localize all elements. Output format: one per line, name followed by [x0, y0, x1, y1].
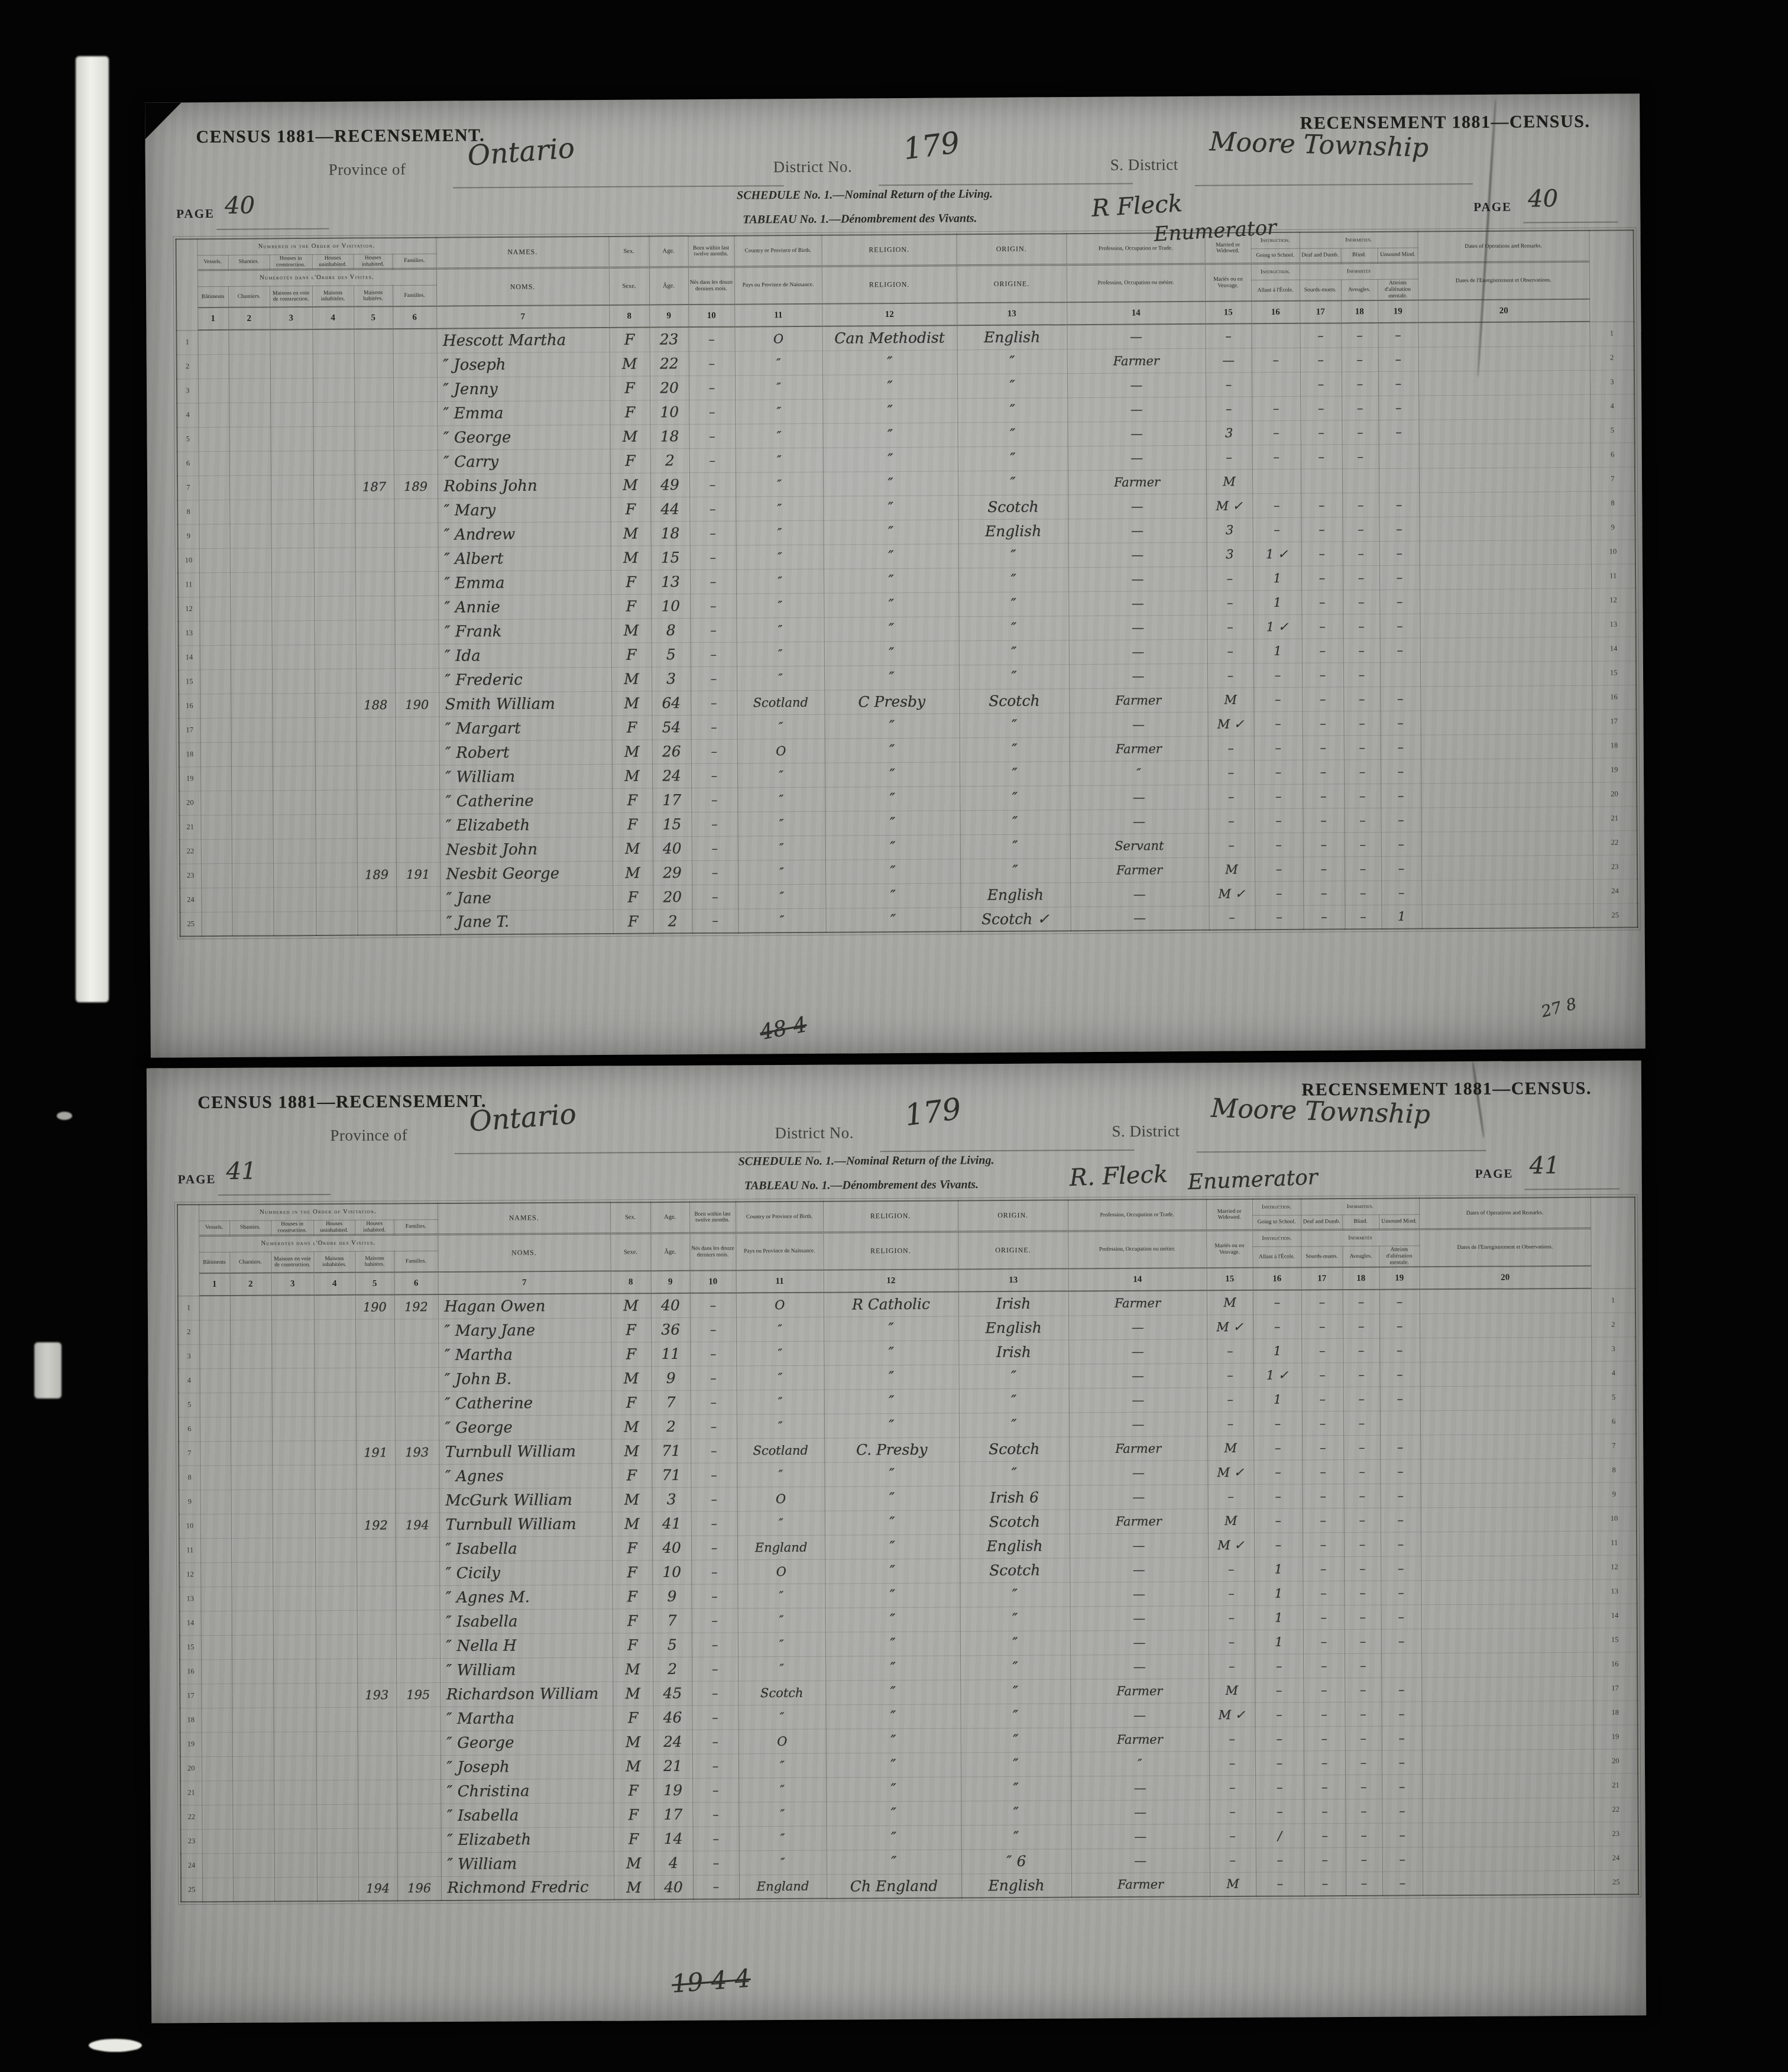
cell-name: Nesbit John — [440, 837, 613, 862]
cell-remarks — [1422, 1773, 1593, 1799]
cell-blind: – — [1344, 808, 1381, 832]
cell-visitation — [273, 1683, 316, 1707]
cell-born: – — [691, 1511, 737, 1536]
cell-sex: M — [613, 1657, 653, 1681]
line-number-left: 23 — [180, 863, 201, 888]
cell-unsound: – — [1382, 1774, 1422, 1798]
masthead-left: CENSUS 1881—RECENSEMENT. — [196, 125, 485, 147]
cell-remarks — [1421, 1676, 1593, 1702]
col-header-profession: Profession, Occupation ou métier. — [1068, 1231, 1206, 1269]
col-number: 10 — [688, 305, 734, 327]
cell-name: ″ Albert — [438, 546, 611, 571]
col-header-school: Going to School. — [1251, 248, 1300, 264]
col-number: 13 — [958, 1269, 1068, 1292]
cell-birthplace: ″ — [735, 375, 822, 400]
cell-religion: ″ — [825, 786, 960, 811]
cell-married: M ✓ — [1209, 1702, 1255, 1727]
cell-remarks — [1421, 1604, 1593, 1629]
cell-school: – — [1255, 1727, 1304, 1751]
col-header-visitation-4: Maisons inhabitées. — [313, 1252, 355, 1273]
cell-religion: ″ — [824, 1341, 958, 1365]
cell-visitation — [315, 1586, 357, 1610]
cell-profession: Farmer — [1069, 1436, 1207, 1461]
cell-remarks — [1421, 879, 1593, 905]
cell-sex: F — [613, 909, 653, 934]
cell-birthplace: ″ — [736, 617, 824, 642]
line-number-right: 2 — [1591, 1313, 1635, 1337]
cell-name: Hagan Owen — [438, 1294, 611, 1319]
cell-sex: F — [612, 1560, 652, 1584]
cell-visitation — [200, 1465, 231, 1490]
cell-unsound: – — [1379, 541, 1420, 565]
cell-profession: — — [1068, 445, 1206, 470]
cell-age: 36 — [651, 1317, 690, 1342]
cell-origin: ″ — [958, 446, 1068, 471]
line-number-left: 5 — [179, 1393, 200, 1417]
cell-remarks — [1418, 394, 1590, 420]
cell-religion: Ch England — [827, 1874, 961, 1899]
line-number-right: 5 — [1590, 418, 1634, 442]
line-number-left: 24 — [181, 1853, 202, 1877]
cell-visitation — [271, 572, 314, 596]
col-header-origin: ORIGINE. — [957, 265, 1067, 303]
line-number-right: 13 — [1591, 612, 1635, 636]
cell-visitation — [274, 1804, 316, 1828]
cell-origin: ″ — [961, 1776, 1071, 1801]
cell-profession: Farmer — [1069, 688, 1207, 713]
cell-name: ″ Emma — [438, 570, 611, 595]
cell-visitation — [232, 1611, 273, 1635]
cell-age: 40 — [653, 836, 692, 860]
cell-birthplace: ″ — [736, 593, 824, 618]
cell-sex: M — [612, 1511, 652, 1536]
cell-house-number — [355, 595, 394, 620]
cell-birthplace: ″ — [736, 569, 824, 594]
cell-visitation — [315, 1440, 356, 1465]
cell-remarks — [1421, 1555, 1592, 1581]
cell-deaf: – — [1303, 1605, 1345, 1629]
cell-birthplace: O — [737, 1559, 825, 1584]
district-label: District No. — [775, 1124, 854, 1142]
cell-unsound: – — [1379, 590, 1420, 614]
cell-name: ″ Andrew — [438, 522, 610, 547]
col-header-visitation-3: Maisons en voie de construction. — [270, 286, 312, 307]
group-header-infirmities: Infirmités — [1300, 263, 1418, 280]
col-header-birthplace: Pays ou Province de Naissance. — [736, 1232, 823, 1270]
col-header-blind: Aveugles. — [1342, 1246, 1379, 1267]
cell-house-number — [355, 523, 394, 547]
cell-age: 2 — [653, 1657, 692, 1681]
cell-school: 1 — [1254, 1581, 1303, 1605]
cell-religion: ″ — [825, 1704, 960, 1729]
cell-sex: F — [610, 400, 650, 425]
cell-blind: – — [1343, 1411, 1380, 1435]
cell-age: 49 — [650, 472, 689, 497]
cell-remarks — [1421, 782, 1592, 808]
line-number-left: 17 — [179, 718, 200, 742]
cell-deaf: – — [1300, 323, 1341, 348]
cell-visitation — [200, 1417, 231, 1441]
cell-visitation — [230, 572, 271, 597]
cell-blind: – — [1342, 420, 1378, 444]
col-header-blind: Blind. — [1342, 1215, 1379, 1230]
cell-origin: ″ 6 — [961, 1849, 1071, 1874]
cell-unsound: – — [1379, 1313, 1420, 1338]
col-number: 8 — [611, 1271, 651, 1293]
cell-school: – — [1255, 905, 1303, 930]
line-number-left: 7 — [179, 1441, 200, 1465]
col-header-visitation-6: Families. — [394, 1220, 438, 1235]
cell-unsound: – — [1381, 832, 1421, 856]
cell-unsound: – — [1381, 880, 1421, 905]
cell-family-number — [397, 1755, 440, 1779]
cell-unsound: – — [1381, 1677, 1421, 1701]
cell-visitation — [273, 838, 316, 863]
col-number: 8 — [609, 305, 649, 328]
cell-sex: F — [613, 1608, 653, 1633]
line-number-left: 2 — [177, 354, 198, 378]
cell-sex: M — [612, 1487, 652, 1511]
cell-name: Robins John — [438, 473, 610, 498]
cell-born: – — [690, 545, 736, 569]
cell-age: 64 — [652, 691, 691, 715]
cell-family-number — [394, 450, 438, 474]
col-number: 12 — [824, 1270, 958, 1293]
cell-visitation — [271, 548, 314, 572]
cell-religion: ″ — [825, 907, 960, 932]
col-header-born-12mo: Nés dans les douze derniers mois. — [689, 1233, 736, 1271]
cell-sex: F — [613, 885, 653, 909]
cell-born: – — [689, 424, 735, 448]
cell-born: – — [692, 1681, 738, 1705]
col-number: 20 — [1418, 299, 1589, 323]
cell-born: – — [691, 1439, 737, 1463]
cell-blind: – — [1343, 590, 1379, 614]
cell-profession: — — [1068, 566, 1207, 591]
cell-school: ∕ — [1256, 1824, 1304, 1848]
cell-visitation — [199, 500, 229, 524]
cell-unsound: – — [1379, 565, 1420, 590]
cell-married: M — [1209, 857, 1255, 881]
cell-school: – — [1254, 784, 1303, 809]
film-speck — [57, 1112, 72, 1120]
cell-blind: – — [1345, 1629, 1381, 1653]
col-header-visitation-1: Vessels. — [197, 255, 228, 270]
cell-birthplace: ″ — [737, 1414, 824, 1439]
cell-visitation — [271, 596, 314, 620]
col-header-married: Married or Widowed. — [1206, 1199, 1252, 1231]
cell-profession: — — [1070, 1605, 1209, 1630]
cell-deaf: – — [1301, 517, 1342, 542]
ruled-line — [453, 185, 784, 188]
cell-remarks — [1420, 710, 1592, 735]
cell-visitation — [202, 1853, 233, 1877]
page-number-right: 40 — [1528, 185, 1558, 212]
cell-house-number: 189 — [357, 862, 396, 886]
col-header-visitation-2: Shanties. — [229, 1220, 271, 1236]
film-speck — [89, 2039, 142, 2052]
cell-visitation — [201, 863, 232, 888]
cell-remarks — [1421, 758, 1592, 784]
cell-sex: F — [609, 328, 649, 352]
cell-married: 3 — [1206, 517, 1252, 542]
col-number: 1 — [197, 307, 228, 330]
line-number-left: 24 — [180, 888, 201, 912]
cell-unsound: – — [1378, 396, 1418, 420]
cell-married: – — [1209, 1775, 1255, 1799]
cell-school: 1 — [1254, 1557, 1303, 1581]
cell-married: M — [1207, 1436, 1253, 1460]
cell-school: – — [1254, 808, 1303, 833]
cell-visitation — [274, 1828, 317, 1853]
cell-deaf: – — [1301, 1290, 1343, 1314]
cell-sex: M — [612, 764, 652, 788]
cell-visitation — [201, 1683, 232, 1708]
cell-birthplace: ″ — [738, 1608, 825, 1633]
cell-visitation — [202, 1780, 232, 1805]
col-header-sex: Sex. — [608, 237, 649, 268]
cell-visitation — [273, 742, 315, 766]
line-number-left: 25 — [181, 1877, 202, 1902]
cell-school: – — [1253, 687, 1302, 712]
cell-profession: — — [1070, 1581, 1208, 1606]
cell-origin: ″ — [958, 1364, 1068, 1389]
ruled-line — [1195, 183, 1473, 186]
cell-blind: – — [1343, 1362, 1379, 1387]
cell-birthplace: ″ — [739, 1850, 827, 1875]
cell-family-number — [394, 547, 438, 571]
cell-visitation — [199, 524, 229, 548]
line-number-left: 25 — [180, 912, 201, 936]
line-number-right: 3 — [1590, 370, 1634, 394]
cell-family-number — [395, 1464, 439, 1488]
cell-profession: Farmer — [1070, 857, 1209, 882]
district-value-handwritten: 179 — [901, 125, 961, 167]
cell-visitation — [231, 1417, 272, 1441]
cell-house-number — [354, 426, 393, 450]
cell-birthplace: ″ — [738, 1632, 825, 1657]
page-corner-tear — [145, 102, 198, 144]
cell-visitation — [272, 645, 315, 669]
line-number-left: 15 — [179, 669, 200, 694]
cell-age: 11 — [651, 1342, 690, 1366]
line-number-left: 19 — [180, 1732, 202, 1756]
line-number-left: 11 — [179, 1538, 200, 1562]
cell-deaf: – — [1303, 880, 1345, 905]
cell-visitation — [231, 645, 272, 669]
cell-age: 10 — [650, 400, 689, 424]
cell-age: 9 — [651, 1366, 690, 1390]
cell-birthplace: ″ — [737, 714, 824, 739]
cell-name: ″ Jane — [440, 885, 613, 911]
cell-visitation — [315, 1562, 357, 1586]
cell-married: – — [1210, 1848, 1256, 1872]
line-number-right: 2 — [1590, 345, 1634, 370]
cell-born: – — [693, 1851, 739, 1875]
cell-deaf: – — [1303, 808, 1344, 832]
cell-house-number — [356, 1465, 395, 1489]
cell-remarks — [1421, 1579, 1592, 1605]
cell-remarks — [1421, 1507, 1592, 1532]
line-number-right: 12 — [1591, 588, 1635, 612]
line-number-left: 7 — [177, 475, 199, 500]
cell-blind: – — [1343, 687, 1380, 711]
cell-school: 1 — [1253, 590, 1301, 615]
col-header-visitation-3: Maisons en voie de construction. — [271, 1252, 313, 1273]
cell-sex: M — [611, 1293, 651, 1317]
cell-profession: Farmer — [1068, 470, 1206, 494]
cell-sex: F — [611, 1317, 651, 1342]
cell-visitation — [314, 1343, 355, 1368]
cell-visitation — [229, 524, 271, 548]
cell-unsound: – — [1381, 1507, 1421, 1532]
cell-visitation — [271, 1368, 314, 1392]
cell-birthplace: ″ — [737, 1584, 825, 1608]
cell-visitation — [316, 838, 357, 863]
cell-school: – — [1253, 663, 1302, 688]
cell-married: – — [1207, 1339, 1253, 1363]
cell-unsound: – — [1382, 1822, 1423, 1847]
cell-deaf: – — [1303, 1581, 1344, 1605]
cell-religion: ″ — [823, 471, 958, 496]
cell-name: ″ Frank — [438, 619, 611, 644]
cell-unsound: – — [1380, 711, 1420, 735]
cell-school: – — [1252, 493, 1301, 518]
cell-house-number — [354, 329, 393, 353]
cell-name: ″ Elizabeth — [441, 1827, 614, 1853]
cell-profession: — — [1070, 1484, 1208, 1509]
cell-visitation — [316, 1756, 358, 1780]
cell-origin: ″ — [960, 858, 1070, 883]
cell-birthplace: ″ — [736, 1341, 824, 1366]
cell-age: 22 — [650, 351, 689, 375]
cell-born: – — [692, 1802, 738, 1827]
cell-house-number — [357, 789, 396, 814]
cell-married: – — [1209, 905, 1255, 930]
cell-profession: ″ — [1070, 760, 1208, 785]
cell-school: 1 — [1255, 1630, 1303, 1654]
cell-blind: – — [1345, 856, 1381, 880]
cell-deaf: – — [1300, 420, 1342, 445]
cell-visitation — [314, 1368, 355, 1392]
cell-born: – — [690, 1293, 736, 1317]
cell-age: 71 — [652, 1439, 691, 1463]
line-number-right: 20 — [1592, 782, 1637, 806]
cell-visitation — [315, 693, 356, 717]
cell-remarks — [1421, 1701, 1593, 1726]
cell-origin: ″ — [960, 1582, 1070, 1607]
col-number: 5 — [354, 306, 393, 329]
cell-born: – — [691, 1414, 737, 1439]
cell-origin: ″ — [960, 1631, 1070, 1656]
cell-visitation — [314, 548, 355, 572]
cell-sex: F — [614, 1827, 654, 1851]
cell-visitation — [273, 911, 316, 935]
cell-profession: — — [1070, 1533, 1208, 1558]
cell-visitation — [316, 863, 357, 887]
cell-sex: F — [613, 1633, 653, 1657]
cell-visitation — [316, 1731, 358, 1756]
cell-profession: — — [1068, 615, 1207, 640]
cell-age: 7 — [652, 1390, 691, 1414]
cell-married: M ✓ — [1207, 711, 1253, 736]
cell-visitation — [229, 451, 271, 475]
cell-visitation — [271, 1319, 314, 1343]
col-header-age: Âge. — [650, 1234, 689, 1271]
cell-visitation — [315, 669, 356, 693]
cell-origin: ″ — [957, 422, 1067, 446]
cell-visitation — [231, 1514, 273, 1538]
cell-sex: F — [613, 1778, 653, 1802]
cell-house-number — [357, 1562, 396, 1586]
cell-family-number — [393, 426, 437, 450]
cell-age: 5 — [652, 642, 691, 666]
cell-birthplace: ″ — [737, 787, 825, 812]
cell-remarks — [1420, 661, 1592, 687]
visitation-caption: Numérotés dans l'Ordre des Visites. — [197, 268, 436, 286]
cell-visitation — [199, 1296, 230, 1320]
cell-married: M ✓ — [1207, 1460, 1253, 1484]
cell-blind: – — [1342, 371, 1378, 396]
cell-visitation — [201, 1659, 232, 1683]
cell-profession: Farmer — [1071, 1872, 1210, 1897]
col-number: 13 — [957, 302, 1067, 325]
cell-origin: ″ — [961, 1825, 1071, 1850]
cell-unsound: – — [1380, 1483, 1420, 1507]
col-number: 11 — [734, 304, 822, 327]
line-number-right: 7 — [1592, 1434, 1636, 1458]
cell-age: 19 — [653, 1778, 692, 1802]
cell-school — [1252, 372, 1300, 397]
scanned-census-sheet: CENSUS 1881—RECENSEMENT. RECENSEMENT 188… — [0, 0, 1788, 2072]
page-label-left: PAGE — [176, 206, 215, 221]
cell-married: – — [1206, 445, 1252, 469]
cell-age: 5 — [653, 1633, 692, 1657]
cell-age: 3 — [652, 1487, 691, 1511]
cell-age: 15 — [652, 812, 691, 836]
cell-blind — [1342, 468, 1379, 493]
col-header-born-12mo: Born within last twelve months. — [689, 1202, 736, 1233]
line-number-right: 25 — [1594, 1870, 1638, 1895]
cell-birthplace: O — [737, 1487, 825, 1511]
cell-visitation — [273, 1586, 315, 1610]
col-header-sex: Sexe. — [609, 267, 649, 305]
cell-house-number — [355, 547, 394, 571]
cell-house-number — [354, 377, 393, 402]
cell-family-number — [394, 620, 438, 644]
row-number-gutter — [1591, 1197, 1635, 1288]
cell-visitation — [199, 475, 229, 500]
cell-visitation — [313, 451, 355, 475]
cell-visitation — [201, 839, 232, 863]
cell-age: 17 — [652, 788, 691, 812]
col-header-visitation-1: Bâtiments — [199, 1252, 229, 1274]
cell-married: M — [1210, 1872, 1256, 1896]
cell-unsound: – — [1379, 1338, 1420, 1362]
cell-married: M ✓ — [1208, 1533, 1254, 1557]
cell-born: – — [689, 497, 736, 521]
col-header-visitation-5: Maisons habitées. — [354, 286, 393, 307]
cell-name: Hescott Martha — [436, 328, 609, 353]
cell-religion: ″ — [824, 1365, 958, 1390]
cell-remarks — [1420, 1361, 1591, 1387]
col-header-profession: Profession, Occupation ou métier. — [1067, 264, 1205, 303]
cell-origin: Scotch — [958, 494, 1068, 519]
cell-profession: — — [1070, 785, 1208, 810]
col-header-age: Âge. — [649, 267, 688, 305]
col-number: 4 — [314, 1273, 355, 1295]
col-number: 16 — [1251, 301, 1300, 324]
